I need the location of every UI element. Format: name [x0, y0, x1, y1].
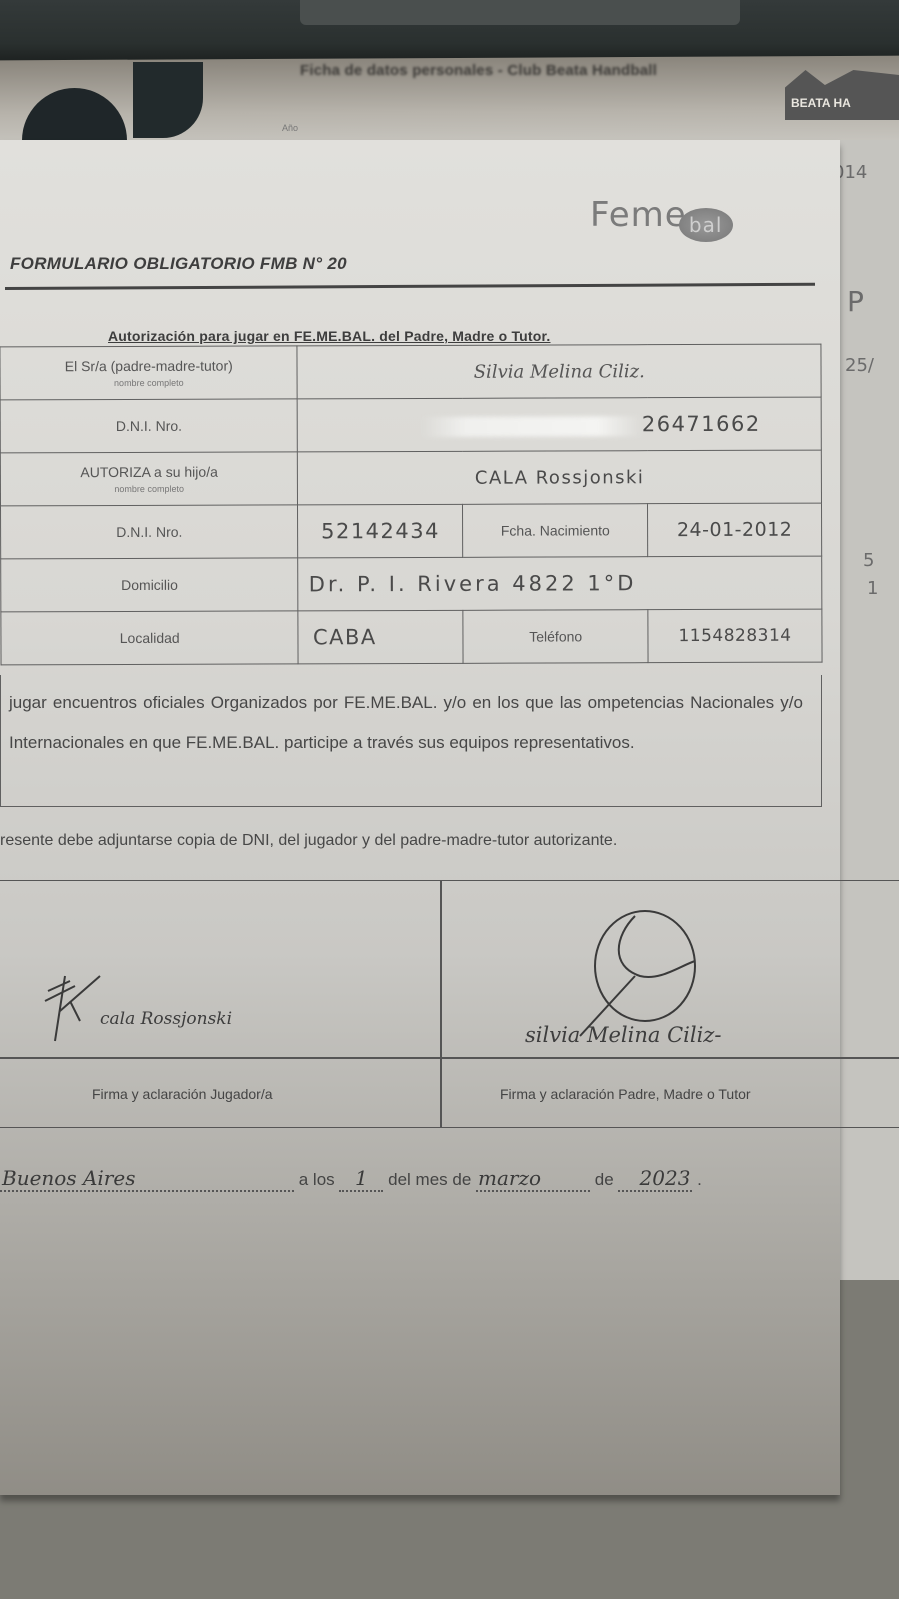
- form-title: FORMULARIO OBLIGATORIO FMB N° 20: [10, 254, 347, 274]
- child-dni-field[interactable]: 52142434: [298, 504, 463, 558]
- side-note: 1: [867, 578, 878, 599]
- parent-dni-label: D.N.I. Nro.: [0, 399, 298, 453]
- side-note: 25/: [845, 355, 874, 376]
- logo-text: Feme: [590, 195, 687, 235]
- locality-field[interactable]: CABA: [298, 610, 463, 664]
- address-label: Domicilio: [1, 558, 299, 612]
- dni-copy-note: resente debe adjuntarse copia de DNI, de…: [0, 832, 617, 850]
- date-text: a los: [299, 1170, 335, 1189]
- birthdate-field[interactable]: 24-01-2012: [648, 503, 822, 557]
- authorization-clause: jugar encuentros oficiales Organizados p…: [0, 675, 822, 807]
- address-field[interactable]: Dr. P. I. Rivera 4822 1°D: [298, 556, 822, 611]
- child-name-value: CALA Rossjonski: [475, 467, 645, 489]
- parent-name-value: Silvia Melina Ciliz.: [474, 361, 645, 383]
- form-subtitle: Autorización para jugar en FE.ME.BAL. de…: [108, 328, 551, 344]
- table-row: El Sr/a (padre-madre-tutor)nombre comple…: [0, 344, 821, 400]
- year-value: 2023: [640, 1166, 691, 1190]
- table-row: Domicilio Dr. P. I. Rivera 4822 1°D: [1, 556, 822, 612]
- city-field[interactable]: Buenos Aires: [0, 1166, 294, 1192]
- club-logo-text: BEATA HA: [791, 96, 851, 110]
- year-field[interactable]: 2023: [618, 1166, 692, 1192]
- phone-label: Teléfono: [463, 610, 648, 664]
- parent-dni-value: 26471662: [642, 411, 761, 435]
- address-value: Dr. P. I. Rivera 4822 1°D: [309, 571, 637, 596]
- sublabel: nombre completo: [1, 483, 298, 494]
- back-sheet-label: Año: [282, 123, 298, 133]
- child-dni-value: 52142434: [321, 519, 440, 543]
- signature-block: cala Rossjonski silvia Melina Ciliz- Fir…: [0, 880, 899, 1128]
- date-line: Buenos Aires a los 1 del mes de marzo de…: [0, 1166, 702, 1192]
- parent-signature: silvia Melina Ciliz-: [525, 1023, 721, 1047]
- month-value: marzo: [478, 1166, 541, 1190]
- side-note: 5: [863, 550, 874, 571]
- parent-signature-caption: Firma y aclaración Padre, Madre o Tutor: [500, 1086, 751, 1102]
- birthdate-value: 24-01-2012: [677, 519, 792, 541]
- authorization-table: El Sr/a (padre-madre-tutor)nombre comple…: [0, 344, 823, 666]
- city-value: Buenos Aires: [2, 1166, 135, 1190]
- phone-field[interactable]: 1154828314: [648, 609, 822, 663]
- date-text: de: [595, 1170, 614, 1189]
- laptop-trackpad: [300, 0, 740, 25]
- side-note: P: [847, 285, 864, 318]
- player-signature-caption: Firma y aclaración Jugador/a: [92, 1086, 273, 1102]
- birthdate-label: Fcha. Nacimiento: [463, 504, 648, 558]
- month-field[interactable]: marzo: [476, 1166, 590, 1192]
- day-field[interactable]: 1: [339, 1166, 383, 1192]
- phone-value: 1154828314: [678, 626, 791, 646]
- table-row: Localidad CABA Teléfono 1154828314: [1, 609, 822, 665]
- divider: [0, 1057, 899, 1059]
- date-text: .: [697, 1170, 702, 1189]
- sublabel: nombre completo: [1, 377, 298, 388]
- parent-dni-field[interactable]: 26471662: [298, 397, 822, 452]
- club-logo-icon: BEATA HA: [785, 70, 899, 120]
- table-row: D.N.I. Nro. 52142434 Fcha. Nacimiento 24…: [1, 503, 822, 559]
- table-row: D.N.I. Nro. 26471662: [0, 397, 821, 453]
- locality-label: Localidad: [1, 611, 299, 665]
- child-name-field[interactable]: CALA Rossjonski: [298, 450, 822, 505]
- parent-name-field[interactable]: Silvia Melina Ciliz.: [297, 344, 821, 399]
- back-sheet-title: Ficha de datos personales - Club Beata H…: [300, 62, 657, 79]
- locality-value: CABA: [313, 625, 377, 649]
- femebal-logo: Femebal: [590, 195, 733, 242]
- player-signature: cala Rossjonski: [100, 1009, 232, 1029]
- table-row: AUTORIZA a su hijo/anombre completo CALA…: [0, 450, 821, 506]
- redaction-blur: [422, 417, 642, 438]
- day-value: 1: [355, 1166, 368, 1190]
- date-text: del mes de: [388, 1170, 471, 1189]
- divider: [440, 881, 442, 1127]
- handball-icon: bal: [679, 208, 733, 242]
- parent-name-label: El Sr/a (padre-madre-tutor)nombre comple…: [0, 346, 298, 400]
- child-name-label: AUTORIZA a su hijo/anombre completo: [0, 452, 298, 506]
- child-dni-label: D.N.I. Nro.: [1, 505, 299, 559]
